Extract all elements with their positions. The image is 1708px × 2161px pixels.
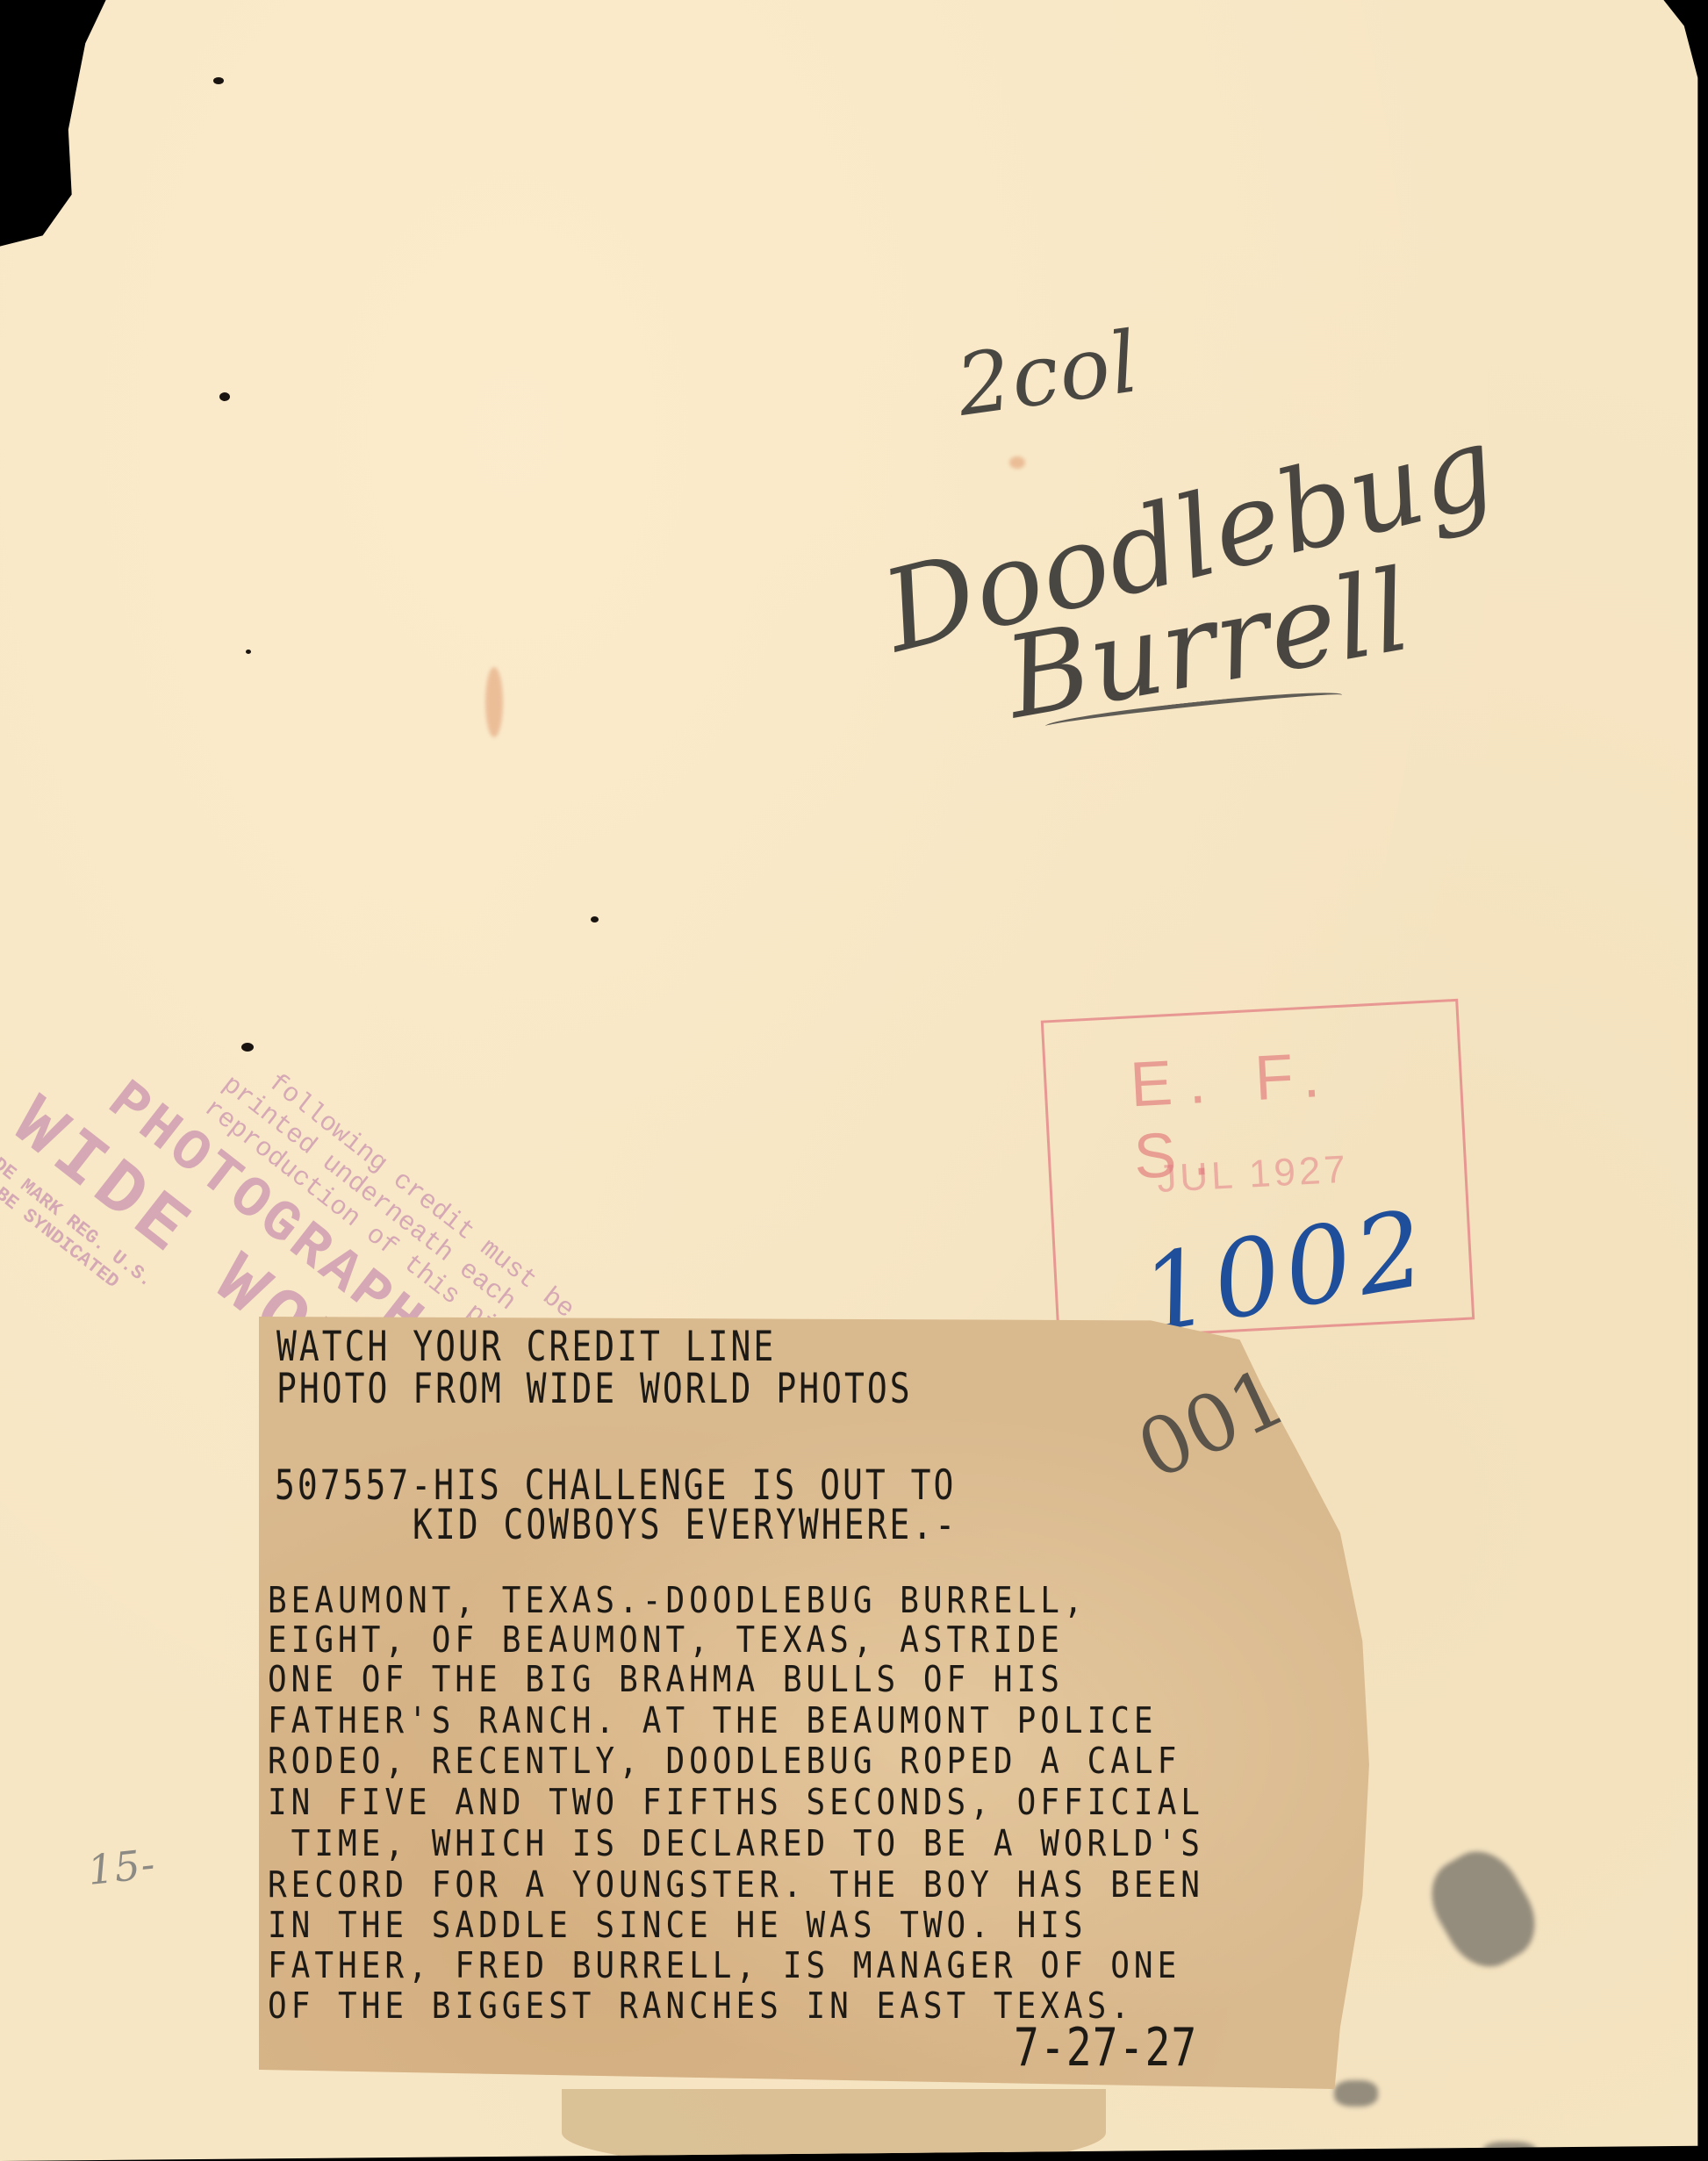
- caption-body-line: IN FIVE AND TWO FIFTHS SECONDS, OFFICIAL: [268, 1782, 1204, 1823]
- caption-date: 7-27-27: [1014, 2017, 1197, 2078]
- ink-smudge: [1334, 2080, 1378, 2107]
- caption-body-line: RODEO, RECENTLY, DOODLEBUG ROPED A CALF: [268, 1741, 1181, 1782]
- photo-back-paper: 2col Doodlebug Burrell 15- following cre…: [0, 0, 1708, 2161]
- handwritten-size-note: 2col: [951, 312, 1145, 435]
- ink-smudge: [1483, 2142, 1536, 2161]
- pencil-mark-on-clipping: 001: [1124, 1351, 1300, 1498]
- ink-speck: [219, 392, 230, 401]
- rust-stain: [485, 667, 503, 737]
- ink-speck: [591, 916, 599, 923]
- caption-body-line: IN THE SADDLE SINCE HE WAS TWO. HIS: [268, 1905, 1087, 1946]
- rust-stain: [1009, 456, 1025, 469]
- caption-clipping: 001 WATCH YOUR CREDIT LINE PHOTO FROM WI…: [259, 1317, 1374, 2089]
- ink-speck: [246, 650, 251, 654]
- caption-body-line: TIME, WHICH IS DECLARED TO BE A WORLD'S: [268, 1823, 1204, 1864]
- efs-stamp-date: JUL 1927: [1156, 1148, 1350, 1202]
- credit-line-header: WATCH YOUR CREDIT LINE: [276, 1325, 776, 1368]
- glue-residue: [562, 2089, 1106, 2161]
- caption-body-line: BEAUMONT, TEXAS.-DOODLEBUG BURRELL,: [268, 1580, 1087, 1621]
- headline-line-2: KID COWBOYS EVERYWHERE.-: [413, 1504, 958, 1546]
- caption-body-line: FATHER, FRED BURRELL, IS MANAGER OF ONE: [268, 1945, 1181, 1986]
- caption-body-line: EIGHT, OF BEAUMONT, TEXAS, ASTRIDE: [268, 1619, 1064, 1661]
- ink-smudge: [1417, 1838, 1550, 1981]
- caption-body-line: FATHER'S RANCH. AT THE BEAUMONT POLICE: [268, 1700, 1158, 1741]
- handwritten-margin-note: 15-: [85, 1840, 157, 1894]
- photo-source-line: PHOTO FROM WIDE WORLD PHOTOS: [276, 1368, 913, 1410]
- caption-body-line: ONE OF THE BIG BRAHMA BULLS OF HIS: [268, 1659, 1064, 1700]
- caption-body-line: OF THE BIGGEST RANCHES IN EAST TEXAS.: [268, 1985, 1134, 2027]
- ink-speck: [213, 77, 224, 84]
- caption-body-line: RECORD FOR A YOUNGSTER. THE BOY HAS BEEN: [268, 1864, 1204, 1906]
